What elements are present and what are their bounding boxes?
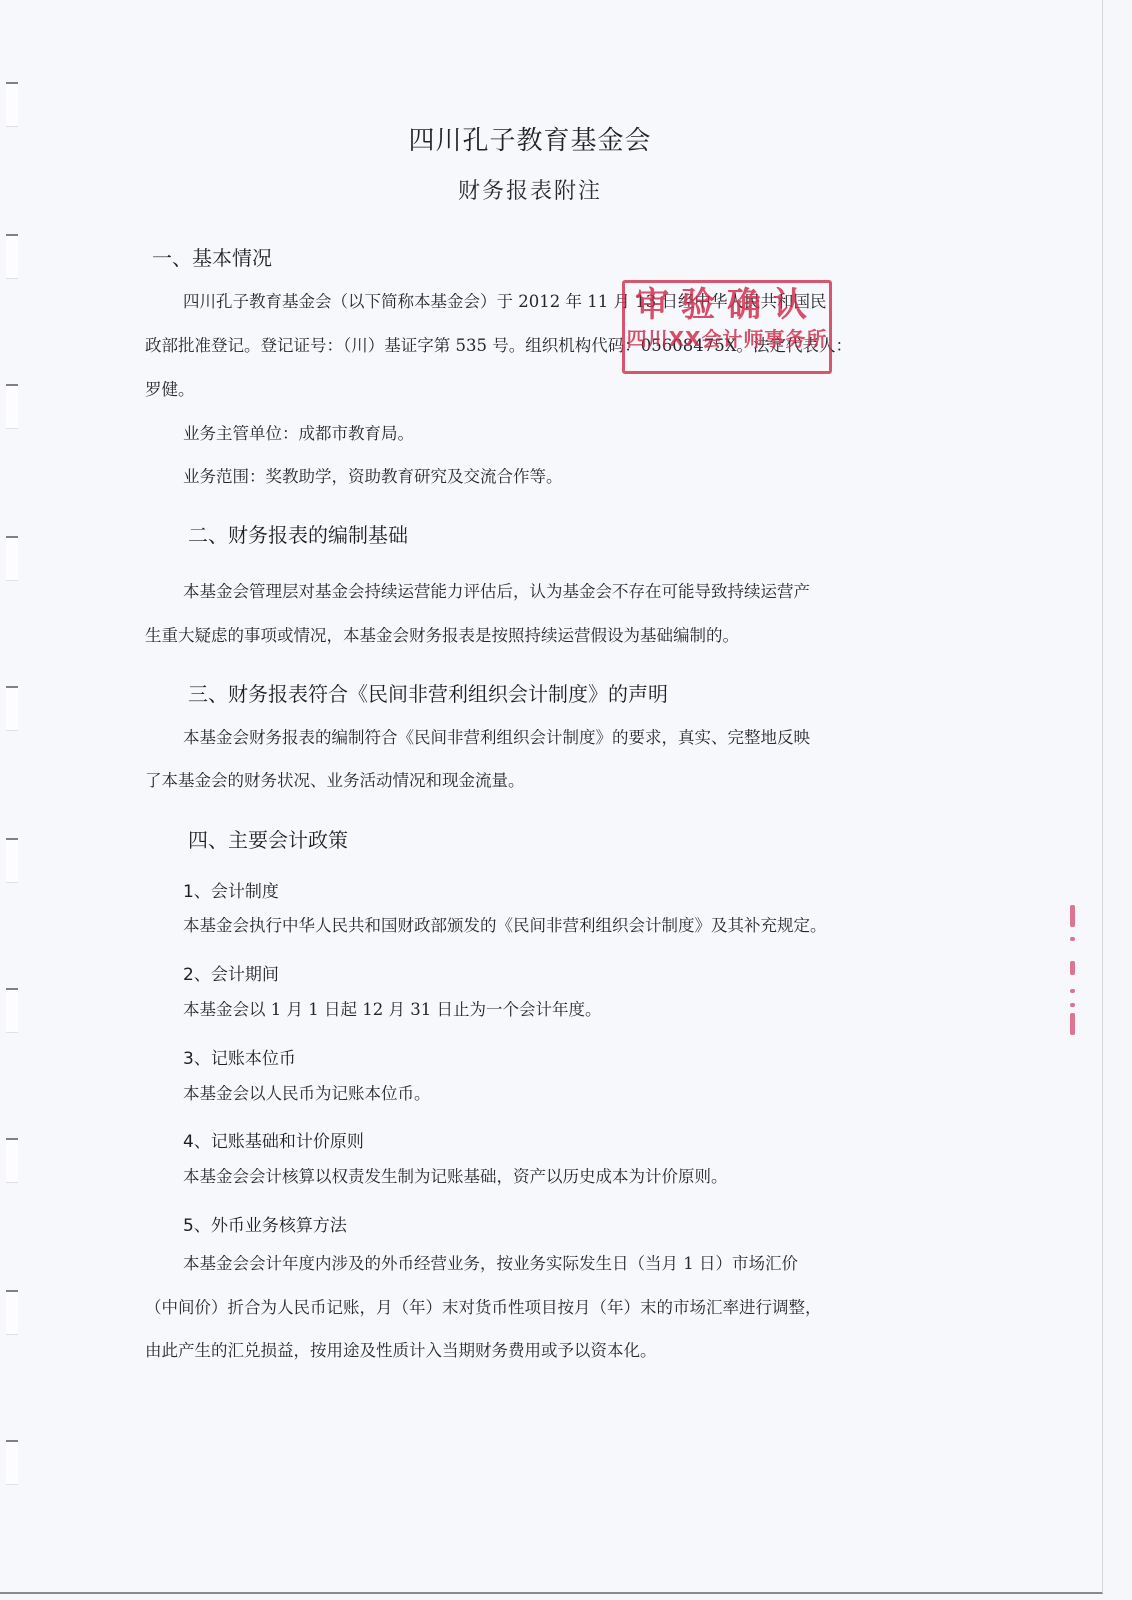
subsection-text: 本基金会以人民币为记账本位币。 — [183, 1080, 431, 1104]
section-heading-basis: 二、财务报表的编制基础 — [188, 519, 408, 548]
paragraph-line: （中间价）折合为人民币记账，月（年）末对货币性项目按月（年）末的市场汇率进行调整… — [145, 1294, 822, 1318]
binding-mark — [6, 838, 18, 883]
paragraph-line: 本基金会财务报表的编制符合《民间非营利组织会计制度》的要求，真实、完整地反映 — [183, 724, 810, 748]
paragraph-line: 生重大疑虑的事项或情况，本基金会财务报表是按照持续运营假设为基础编制的。 — [145, 622, 739, 646]
paragraph-line: 本基金会管理层对基金会持续运营能力评估后，认为基金会不存在可能导致持续运营产 — [183, 578, 810, 602]
binding-mark — [6, 234, 18, 279]
cross-page-seal-fragment — [1068, 905, 1078, 1035]
paragraph-line: 四川孔子教育基金会（以下简称本基金会）于 2012 年 11 月 13 日经中华… — [183, 288, 826, 312]
subsection-heading: 5、外币业务核算方法 — [183, 1211, 347, 1236]
section-heading-accounting-policies: 四、主要会计政策 — [188, 824, 348, 853]
binding-mark — [6, 988, 18, 1033]
paragraph-line: 政部批准登记。登记证号：（川）基证字第 535 号。组织机构代码：0560847… — [145, 332, 852, 356]
binding-mark — [6, 384, 18, 429]
paragraph-line: 业务范围：奖教助学，资助教育研究及交流合作等。 — [183, 463, 563, 487]
paragraph-line: 本基金会会计年度内涉及的外币经营业务，按业务实际发生日（当月 1 日）市场汇价 — [183, 1250, 798, 1274]
subsection-text: 本基金会以 1 月 1 日起 12 月 31 日止为一个会计年度。 — [183, 996, 601, 1020]
document-title: 四川孔子教育基金会 — [0, 120, 1060, 157]
subsection-heading: 1、会计制度 — [183, 877, 279, 902]
paragraph-line: 由此产生的汇兑损益，按用途及性质计入当期财务费用或予以资本化。 — [145, 1337, 657, 1361]
subsection-heading: 4、记账基础和计价原则 — [183, 1127, 364, 1152]
section-heading-basic-info: 一、基本情况 — [152, 242, 272, 271]
subsection-heading: 2、会计期间 — [183, 960, 279, 985]
binding-mark — [6, 1138, 18, 1183]
section-heading-compliance: 三、财务报表符合《民间非营利组织会计制度》的声明 — [188, 678, 668, 707]
paragraph-line: 罗健。 — [145, 376, 195, 400]
paragraph-line: 了本基金会的财务状况、业务活动情况和现金流量。 — [145, 767, 525, 791]
subsection-text: 本基金会执行中华人民共和国财政部颁发的《民间非营利组织会计制度》及其补充规定。 — [183, 912, 827, 936]
subsection-text: 本基金会会计核算以权责发生制为记账基础，资产以历史成本为计价原则。 — [183, 1163, 728, 1187]
binding-mark — [6, 536, 18, 581]
binding-mark — [6, 1440, 18, 1485]
paragraph-line: 业务主管单位：成都市教育局。 — [183, 420, 414, 444]
subsection-heading: 3、记账本位币 — [183, 1044, 296, 1069]
document-subtitle: 财务报表附注 — [0, 174, 1060, 205]
binding-mark — [6, 1290, 18, 1335]
binding-mark — [6, 686, 18, 731]
document-page: 四川孔子教育基金会 财务报表附注 一、基本情况 四川孔子教育基金会（以下简称本基… — [0, 0, 1103, 1594]
